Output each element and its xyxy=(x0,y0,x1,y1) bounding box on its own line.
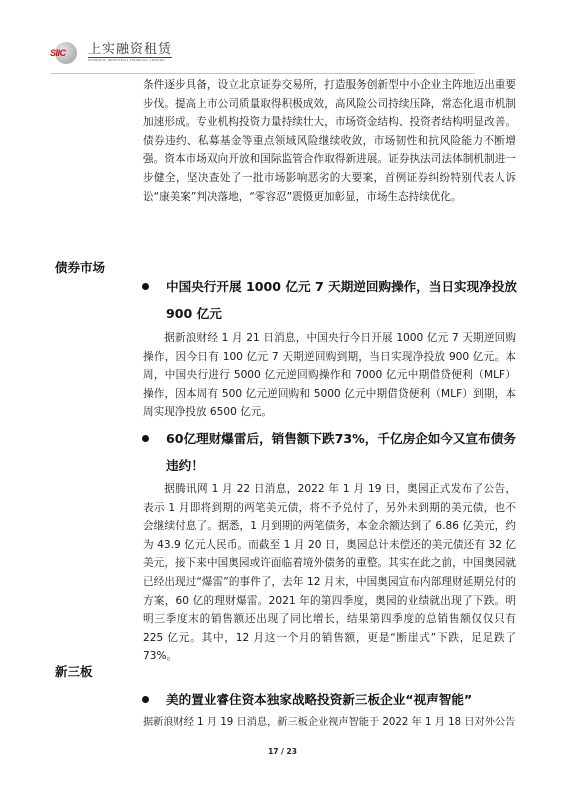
siic-logo-icon: SIIC xyxy=(50,42,84,64)
logo-mark-text: SIIC xyxy=(50,48,66,58)
document-header: SIIC 上实融资租赁 SHANGHAI INDUSTRIAL FINANCIA… xyxy=(50,40,172,66)
intro-paragraph: 条件逐步具备，设立北京证券交易所，打造服务创新型中小企业主阵地迈出重要步伐。提高… xyxy=(143,76,516,206)
headline-text: 美的置业睿住资本独家战略投资新三板企业“视声智能” xyxy=(166,686,522,713)
bullet-icon xyxy=(142,696,149,703)
news-headline: 美的置业睿住资本独家战略投资新三板企业“视声智能” xyxy=(142,686,522,713)
section-title-bond-market: 债券市场 xyxy=(55,258,105,276)
header-divider xyxy=(50,73,475,74)
company-name-en: SHANGHAI INDUSTRIAL FINANCIAL LEASING xyxy=(88,58,172,63)
section-title-neeq: 新三板 xyxy=(55,662,93,680)
news-body: 据新浪财经 1 月 21 日消息，中国央行今日开展 1000 亿元 7 天期逆回… xyxy=(143,329,516,422)
news-headline: 60亿理财爆雷后，销售额下跌73%，千亿房企如今又宣布债务违约！ xyxy=(142,425,522,479)
company-logo-text: 上实融资租赁 SHANGHAI INDUSTRIAL FINANCIAL LEA… xyxy=(88,43,172,63)
news-body: 据腾讯网 1 月 22 日消息，2022 年 1 月 19 日，奥园正式发布了公… xyxy=(143,480,516,666)
news-body: 据新浪财经 1 月 19 日消息，新三板企业视声智能于 2022 年 1 月 1… xyxy=(143,714,516,733)
bullet-icon xyxy=(142,435,149,442)
headline-text: 60亿理财爆雷后，销售额下跌73%，千亿房企如今又宣布债务违约！ xyxy=(166,425,522,479)
news-headline: 中国央行开展 1000 亿元 7 天期逆回购操作，当日实现净投放 900 亿元 xyxy=(142,273,522,327)
bullet-icon xyxy=(142,283,149,290)
company-name-cn: 上实融资租赁 xyxy=(88,43,172,58)
page-number: 17 / 23 xyxy=(0,747,565,756)
headline-text: 中国央行开展 1000 亿元 7 天期逆回购操作，当日实现净投放 900 亿元 xyxy=(166,273,522,327)
